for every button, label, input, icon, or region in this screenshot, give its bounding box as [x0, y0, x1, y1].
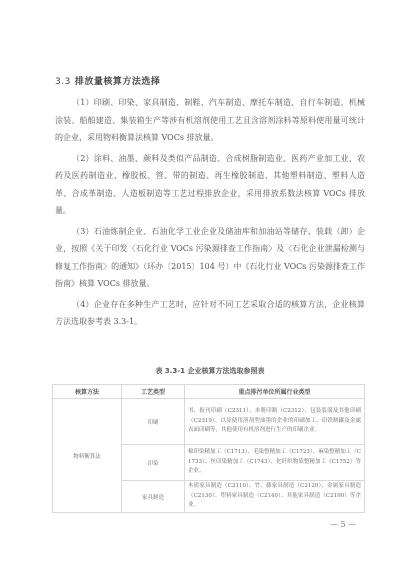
method-cell: 物料衡算法	[53, 399, 122, 513]
paragraph-1: （1）印刷、印染、家具制造、制鞋、汽车制造、摩托车制造、自行车制造、机械涂装、船…	[55, 94, 365, 147]
header-industry: 重点排污单位所属行业类型	[185, 385, 365, 399]
section-number: 3.3	[55, 77, 71, 87]
document-page: 3.3排放量核算方法选择 （1）印刷、印染、家具制造、制鞋、汽车制造、摩托车制造…	[0, 0, 408, 579]
table-header-row: 核算方法 工艺类型 重点排污单位所属行业类型	[53, 385, 365, 399]
method-reference-table: 核算方法 工艺类型 重点排污单位所属行业类型 物料衡算法 印刷 书、报刊印刷（C…	[52, 384, 365, 513]
process-cell: 家具制造	[122, 481, 185, 513]
section-heading: 3.3排放量核算方法选择	[55, 74, 160, 87]
section-title: 排放量核算方法选择	[75, 77, 161, 87]
description-cell: 书、报刊印刷（C2311）、本册印制（C2312）、包装装潢及其他印刷（C231…	[185, 399, 365, 445]
header-method: 核算方法	[53, 385, 122, 399]
page-number: — 5 —	[330, 520, 356, 529]
description-cell: 木质家具制造（C2110）、竹、藤家具制造（C2120）、金属家具制造（C213…	[185, 481, 365, 513]
paragraph-2: （2）涂料、油墨、颜料及类似产品制造、合成树脂制造业、医药产业加工业、农药及医药…	[55, 150, 365, 220]
table-caption: 表 3.3-1 企业核算方法选取参照表	[55, 366, 365, 376]
paragraph-4: （4）企业存在多种生产工艺时，应针对不同工艺采取合适的核算方法，企业核算方法选取…	[55, 296, 365, 331]
process-cell: 印染	[122, 445, 185, 481]
table-row: 物料衡算法 印刷 书、报刊印刷（C2311）、本册印制（C2312）、包装装潢及…	[53, 399, 365, 445]
description-cell: 棉印染精加工（C1713）、毛染整精加工（C1723）、麻染整精加工（C1733…	[185, 445, 365, 481]
body-text: （1）印刷、印染、家具制造、制鞋、汽车制造、摩托车制造、自行车制造、机械涂装、船…	[55, 94, 365, 334]
paragraph-3: （3）石油炼制企业、石油化学工业企业及储油库和加油站等储存、装载（卸）企业，按照…	[55, 223, 365, 293]
header-process: 工艺类型	[122, 385, 185, 399]
process-cell: 印刷	[122, 399, 185, 445]
